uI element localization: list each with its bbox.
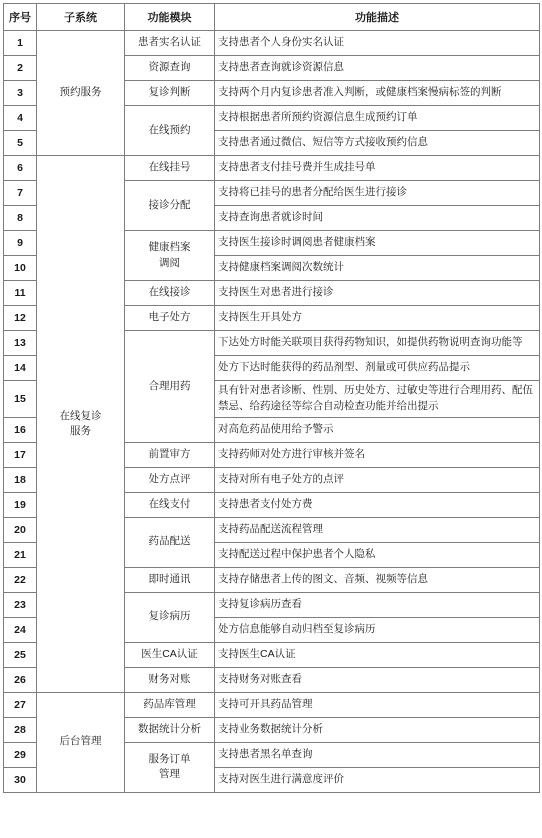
description-cell: 支持两个月内复诊患者准入判断，或健康档案慢病标签的判断 [215,81,540,106]
row-number-cell: 11 [4,281,37,306]
row-number-cell: 20 [4,517,37,542]
module-cell: 在线挂号 [125,156,215,181]
module-cell: 数据统计分析 [125,717,215,742]
description-cell: 对高危药品使用给予警示 [215,417,540,442]
module-cell: 患者实名认证 [125,31,215,56]
description-cell: 支持患者通过微信、短信等方式接收预约信息 [215,131,540,156]
module-cell: 药品库管理 [125,692,215,717]
row-number-cell: 18 [4,467,37,492]
row-number-cell: 1 [4,31,37,56]
description-cell: 下达处方时能关联项目获得药物知识，如提供药物说明查询功能等 [215,331,540,356]
row-number-cell: 12 [4,306,37,331]
description-cell: 支持医生接诊时调阅患者健康档案 [215,231,540,256]
row-number-cell: 22 [4,567,37,592]
table-body: 1预约服务患者实名认证支持患者个人身份实名认证2资源查询支持患者查询就诊资源信息… [4,31,540,793]
description-cell: 支持患者查询就诊资源信息 [215,56,540,81]
row-number-cell: 23 [4,592,37,617]
row-number-cell: 24 [4,617,37,642]
description-cell: 支持医生对患者进行接诊 [215,281,540,306]
description-cell: 支持根据患者所预约资源信息生成预约订单 [215,106,540,131]
row-number-cell: 3 [4,81,37,106]
row-number-cell: 29 [4,742,37,767]
description-cell: 支持健康档案调阅次数统计 [215,256,540,281]
description-cell: 支持患者黑名单查询 [215,742,540,767]
row-number-cell: 27 [4,692,37,717]
module-cell: 健康档案 调阅 [125,231,215,281]
module-cell: 合理用药 [125,331,215,443]
module-cell: 接诊分配 [125,181,215,231]
module-cell: 前置审方 [125,442,215,467]
description-cell: 支持患者支付挂号费并生成挂号单 [215,156,540,181]
row-number-cell: 9 [4,231,37,256]
module-cell: 药品配送 [125,517,215,567]
subsystem-cell: 后台管理 [37,692,125,792]
description-cell: 支持财务对账查看 [215,667,540,692]
row-number-cell: 7 [4,181,37,206]
row-number-cell: 15 [4,381,37,418]
document-sheet: 序号 子系统 功能模块 功能描述 1预约服务患者实名认证支持患者个人身份实名认证… [0,0,542,795]
description-cell: 处方信息能够自动归档至复诊病历 [215,617,540,642]
description-cell: 支持医生开具处方 [215,306,540,331]
description-cell: 具有针对患者诊断、性别、历史处方、过敏史等进行合理用药、配伍禁忌、给药途径等综合… [215,381,540,418]
description-cell: 支持患者个人身份实名认证 [215,31,540,56]
row-number-cell: 13 [4,331,37,356]
module-cell: 处方点评 [125,467,215,492]
module-cell: 电子处方 [125,306,215,331]
module-cell: 财务对账 [125,667,215,692]
header-cell-module: 功能模块 [125,4,215,31]
description-cell: 支持复诊病历查看 [215,592,540,617]
module-cell: 在线接诊 [125,281,215,306]
module-cell: 在线预约 [125,106,215,156]
row-number-cell: 5 [4,131,37,156]
table-header-row: 序号 子系统 功能模块 功能描述 [4,4,540,31]
row-number-cell: 30 [4,767,37,792]
description-cell: 支持业务数据统计分析 [215,717,540,742]
row-number-cell: 26 [4,667,37,692]
row-number-cell: 4 [4,106,37,131]
description-cell: 支持患者支付处方费 [215,492,540,517]
header-cell-description: 功能描述 [215,4,540,31]
description-cell: 支持查询患者就诊时间 [215,206,540,231]
row-number-cell: 17 [4,442,37,467]
description-cell: 支持将已挂号的患者分配给医生进行接诊 [215,181,540,206]
row-number-cell: 10 [4,256,37,281]
row-number-cell: 2 [4,56,37,81]
header-cell-subsystem: 子系统 [37,4,125,31]
table-row: 6在线复诊 服务在线挂号支持患者支付挂号费并生成挂号单 [4,156,540,181]
description-cell: 支持存储患者上传的图文、音频、视频等信息 [215,567,540,592]
row-number-cell: 25 [4,642,37,667]
row-number-cell: 8 [4,206,37,231]
description-cell: 支持药品配送流程管理 [215,517,540,542]
row-number-cell: 16 [4,417,37,442]
description-cell: 处方下达时能获得的药品剂型、剂量或可供应药品提示 [215,356,540,381]
row-number-cell: 28 [4,717,37,742]
module-cell: 资源查询 [125,56,215,81]
description-cell: 支持药师对处方进行审核并签名 [215,442,540,467]
description-cell: 支持对所有电子处方的点评 [215,467,540,492]
row-number-cell: 14 [4,356,37,381]
row-number-cell: 21 [4,542,37,567]
table-row: 1预约服务患者实名认证支持患者个人身份实名认证 [4,31,540,56]
row-number-cell: 6 [4,156,37,181]
description-cell: 支持可开具药品管理 [215,692,540,717]
module-cell: 复诊病历 [125,592,215,642]
row-number-cell: 19 [4,492,37,517]
subsystem-cell: 预约服务 [37,31,125,156]
description-cell: 支持对医生进行满意度评价 [215,767,540,792]
module-cell: 医生CA认证 [125,642,215,667]
table-row: 27后台管理药品库管理支持可开具药品管理 [4,692,540,717]
subsystem-cell: 在线复诊 服务 [37,156,125,693]
module-cell: 在线支付 [125,492,215,517]
header-cell-num: 序号 [4,4,37,31]
module-cell: 复诊判断 [125,81,215,106]
description-cell: 支持配送过程中保护患者个人隐私 [215,542,540,567]
module-cell: 服务订单 管理 [125,742,215,792]
function-spec-table: 序号 子系统 功能模块 功能描述 1预约服务患者实名认证支持患者个人身份实名认证… [3,3,540,793]
module-cell: 即时通讯 [125,567,215,592]
description-cell: 支持医生CA认证 [215,642,540,667]
